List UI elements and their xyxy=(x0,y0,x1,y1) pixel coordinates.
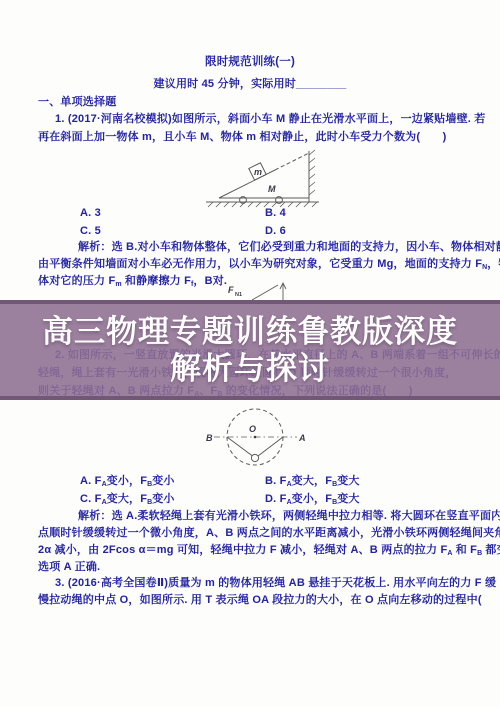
point-a-label: A xyxy=(298,433,306,443)
point-b-label: B xyxy=(206,433,213,443)
worksheet-page: { "page": { "background": "#fdfdfc", "te… xyxy=(0,0,500,707)
section-heading: 一、单项选择题 xyxy=(38,95,116,109)
q1-analysis-line-3: 体对它的压力 Fm 和静摩擦力 Ff，B对. xyxy=(38,274,227,292)
watermark-banner: 高三物理专题训练鲁教版深度 解析与探讨 xyxy=(0,300,500,400)
q3-line-1: 3. (2016·高考全国卷Ⅱ)质量为 m 的物体用轻绳 AB 悬挂于天花板上.… xyxy=(38,576,496,590)
time-suggestion: 建议用时 45 分钟，实际用时________ xyxy=(0,77,500,91)
q1-analysis-line-1: 解析：选 B.对小车和物体整体，它们必受到重力和地面的支持力，因小车、物体相对静… xyxy=(78,240,500,254)
force-diagram-fragment: F N1 xyxy=(212,282,312,300)
block-m-label: m xyxy=(254,167,262,177)
banner-title-line-1: 高三物理专题训练鲁教版深度 xyxy=(0,313,500,350)
circle-rope-figure: B A O xyxy=(198,402,313,474)
q2-analysis-line-4: 选项 A 正确. xyxy=(38,560,100,574)
q2-option-d: D. FA变小，FB变大 xyxy=(265,492,360,510)
q1-line-2: 再在斜面上加一物体 m，且小车 M、物体 m 相对静止，此时小车受力个数为( ) xyxy=(38,130,446,144)
force-n1-sub: N1 xyxy=(235,292,242,298)
q1-option-c: C. 5 xyxy=(80,224,101,238)
q1-option-d: D. 6 xyxy=(265,224,286,238)
q2-analysis-line-3: 2α 减小，由 2Fcos α＝mg 可知，轻绳中拉力 F 减小，轻绳对 A、B… xyxy=(38,543,500,561)
q2-option-a: A. FA变小，FB变小 xyxy=(80,474,175,492)
q2-analysis-line-2: 点顺时针缓缓转过一个微小角度，A、B 两点之间的水平距离减小，光滑小铁环两侧轻绳… xyxy=(38,526,500,540)
q1-option-a: A. 3 xyxy=(80,206,101,220)
center-o-label: O xyxy=(249,424,256,434)
force-n1-label: F xyxy=(228,285,234,295)
incline-cart-figure: m M xyxy=(205,145,325,208)
q2-analysis-line-1: 解析：选 A.柔软轻绳上套有光滑小铁环，两侧轻绳中拉力相等. 将大圆环在竖直平面… xyxy=(78,509,500,523)
banner-title-line-2: 解析与探讨 xyxy=(0,350,500,387)
q3-line-2: 慢拉动绳的中点 O，如图所示. 用 T 表示绳 OA 段拉力的大小，在 O 点向… xyxy=(38,593,500,607)
q2-option-c: C. FA变大，FB变小 xyxy=(80,492,175,510)
q1-option-b: B. 4 xyxy=(265,206,286,220)
page-title: 限时规范训练(一) xyxy=(0,55,500,69)
q1-analysis-line-2: 由平衡条件知墙面对小车必无作用力，以小车为研究对象，它受重力 Mg，地面的支持力… xyxy=(38,257,500,275)
q2-option-b: B. FA变大，FB变大 xyxy=(265,474,360,492)
q1-line-1: 1. (2017·河南名校模拟)如图所示，斜面小车 M 静止在光滑水平面上，一边… xyxy=(38,112,485,126)
cart-m-label: M xyxy=(268,184,276,194)
